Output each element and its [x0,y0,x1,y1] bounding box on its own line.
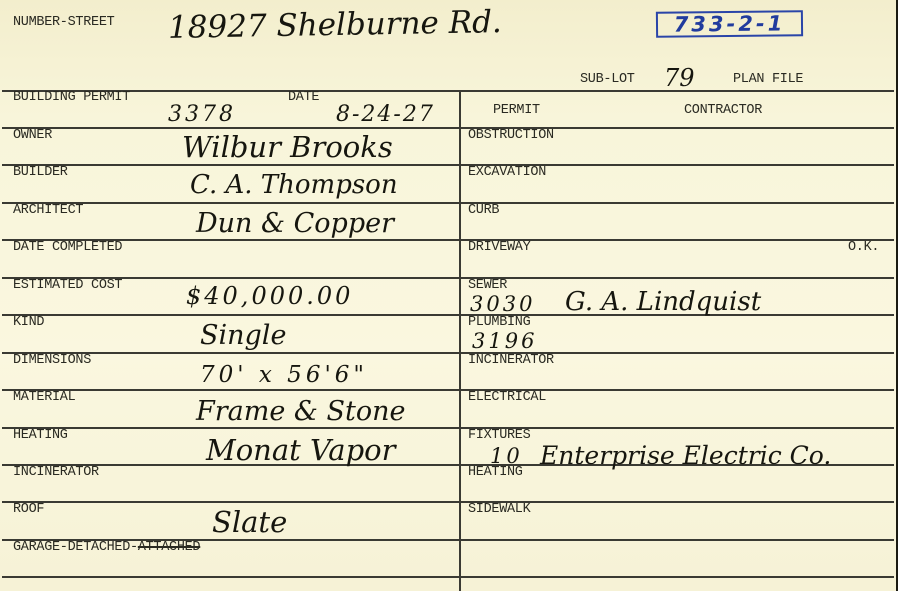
estimated-cost-label: ESTIMATED COST [13,279,122,293]
rule-line [2,576,894,578]
rule-line [2,90,894,92]
plan-file-label: PLAN FILE [733,73,803,87]
rule-line [2,239,894,241]
obstruction-label: OBSTRUCTION [468,129,554,143]
garage-label: GARAGE-DETACHED-ATTACHED [13,541,200,555]
fixtures-contractor-value: Enterprise Electric Co. [540,443,831,468]
heating-value: Monat Vapor [206,436,395,465]
contractor-column-header: CONTRACTOR [684,104,762,118]
owner-label: OWNER [13,129,52,143]
kind-label: KIND [13,316,44,330]
sewer-contractor-value: G. A. Lindquist [565,289,761,315]
permit-column-header: PERMIT [493,104,540,118]
rule-line [2,389,894,391]
building-permit-value: 3378 [168,104,236,126]
estimated-cost-value: $40,000.00 [186,284,353,308]
incinerator-permit-label: INCINERATOR [468,354,554,368]
permit-date-value: 8-24-27 [336,104,435,126]
rule-line [2,501,894,503]
electrical-label: ELECTRICAL [468,391,546,405]
roof-label: ROOF [13,503,44,517]
number-street-label: NUMBER-STREET [13,16,114,30]
sidewalk-label: SIDEWALK [468,503,530,517]
material-label: MATERIAL [13,391,75,405]
architect-label: ARCHITECT [13,204,83,218]
kind-value: Single [200,322,286,349]
dimensions-value: 70' x 56'6" [200,364,368,387]
number-street-value: 18927 Shelburne Rd. [168,7,502,44]
curb-label: CURB [468,204,499,218]
garage-label-prefix: GARAGE-DETACHED- [13,540,138,555]
excavation-label: EXCAVATION [468,166,546,180]
file-number-stamp: 733-2-1 [656,10,803,38]
sub-lot-label: SUB-LOT [580,73,635,87]
date-completed-label: DATE COMPLETED [13,241,122,255]
fixtures-label: FIXTURES [468,429,530,443]
driveway-label: DRIVEWAY [468,241,530,255]
building-permit-label: BUILDING PERMIT [13,91,130,105]
plumbing-label: PLUMBING [468,316,530,330]
driveway-note: O.K. [848,241,879,255]
plumbing-permit-value: 3196 [472,331,537,352]
roof-value: Slate [212,508,287,537]
incinerator-label: INCINERATOR [13,466,99,480]
builder-value: C. A. Thompson [190,172,398,198]
rule-line [2,277,894,279]
sewer-permit-value: 3030 [470,294,535,315]
rule-line [2,202,894,204]
building-permit-card: NUMBER-STREET 18927 Shelburne Rd. 733-2-… [0,0,898,591]
heating-label: HEATING [13,429,68,443]
sewer-label: SEWER [468,279,507,293]
owner-value: Wilbur Brooks [182,133,393,162]
garage-label-struck: ATTACHED [138,540,200,555]
rule-line [2,127,894,129]
rule-line [2,164,894,166]
dimensions-label: DIMENSIONS [13,354,91,368]
architect-value: Dun & Copper [196,210,394,237]
material-value: Frame & Stone [196,398,406,425]
rule-line [2,427,894,429]
heating-permit-label: HEATING [468,466,523,480]
rule-line [2,352,894,354]
builder-label: BUILDER [13,166,68,180]
date-label: DATE [288,91,319,105]
fixtures-permit-value: 10 [490,446,523,467]
sub-lot-value: 79 [664,66,695,90]
